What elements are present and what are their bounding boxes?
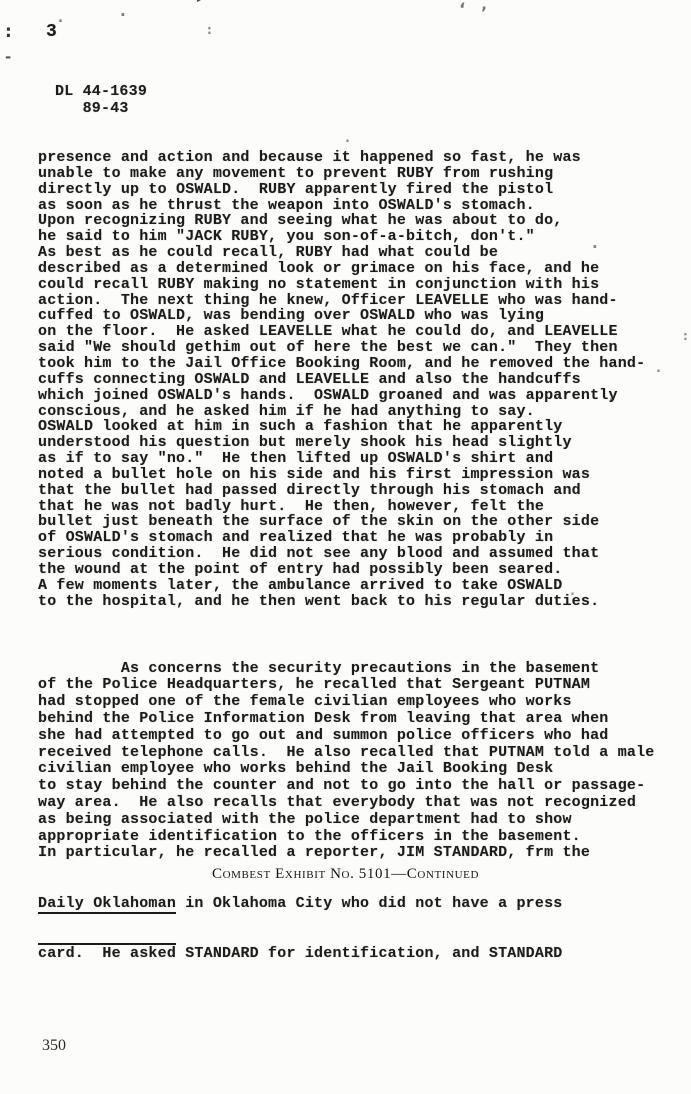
scan-noise-mark: ‘: [459, 2, 465, 19]
underlined-line: Daily Oklahoman in Oklahoma City who did…: [38, 896, 655, 913]
scan-noise-mark: :: [207, 24, 212, 36]
file-number-block: DL 44-1639 89-43: [55, 84, 147, 117]
paragraph-2-main: As concerns the security precautions in …: [38, 661, 655, 863]
underlined-line-rest: in Oklahoma City who did not have a pres…: [176, 895, 562, 912]
paragraph-1: presence and action and because it happe…: [38, 150, 645, 609]
scan-noise-mark: ’: [481, 5, 487, 21]
scan-noise-mark: -: [5, 50, 11, 65]
underlined-daily-oklahoman: Daily Oklahoman: [38, 895, 176, 914]
overlined-card-text: card. He asked: [38, 943, 176, 962]
page-number-top: 3: [46, 22, 57, 42]
document-page: ⌒:‘’:-....':.. 3 DL 44-1639 89-43 presen…: [0, 0, 691, 1094]
scan-noise-mark: :: [683, 330, 688, 342]
scan-noise-mark: ⌒: [197, 0, 230, 27]
paragraph-2: As concerns the security precautions in …: [38, 627, 655, 997]
scan-noise-mark: :: [5, 24, 12, 41]
scan-noise-mark: .: [120, 4, 126, 19]
scan-noise-mark: .: [58, 12, 63, 25]
page-number-bottom: 350: [42, 1037, 66, 1055]
overlined-line: card. He asked STANDARD for identificati…: [38, 946, 655, 963]
exhibit-caption: Combest Exhibit No. 5101—Continued: [0, 866, 691, 883]
scan-noise-mark: .: [656, 362, 661, 375]
overlined-line-rest: STANDARD for identification, and STANDAR…: [176, 945, 562, 962]
scan-noise-mark: .: [345, 132, 350, 145]
